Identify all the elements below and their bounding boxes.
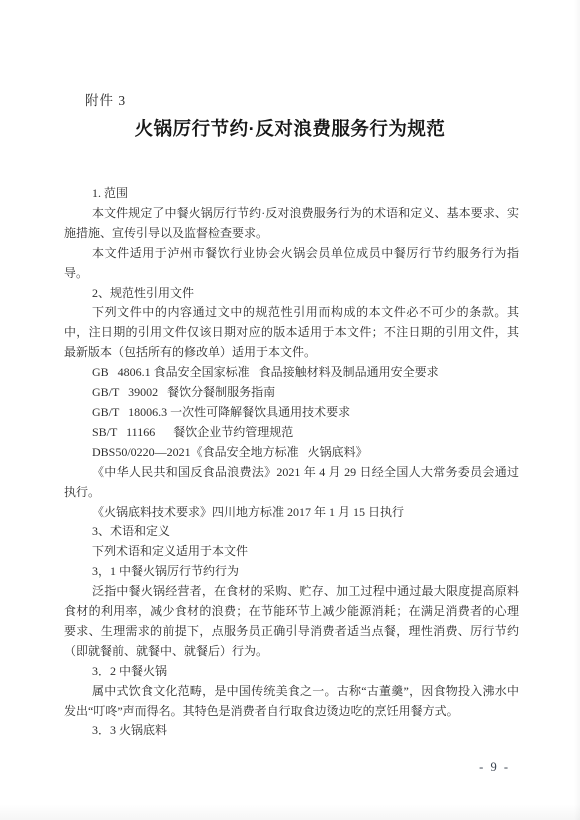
paragraph: GB/T 39002 餐饮分餐制服务指南	[64, 383, 519, 403]
paragraph: SB/T 11166 餐饮企业节约管理规范	[64, 423, 519, 443]
paragraph: 3．2 中餐火锅	[64, 662, 519, 682]
paragraph: 下列术语和定义适用于本文件	[64, 542, 519, 562]
paragraph: 属中式饮食文化范畴，是中国传统美食之一。古称“古董羹”，因食物投入沸水中发出“叮…	[64, 682, 519, 722]
paragraph: 《中华人民共和国反食品浪费法》2021 年 4 月 29 日经全国人大常务委员会…	[64, 463, 519, 503]
paragraph: 3．3 火锅底料	[64, 721, 519, 741]
paragraph: 3，1 中餐火锅厉行节约行为	[64, 562, 519, 582]
paragraph: 本文件规定了中餐火锅厉行节约·反对浪费服务行为的术语和定义、基本要求、实施措施、…	[64, 204, 519, 244]
paragraph: 3、术语和定义	[64, 522, 519, 542]
scan-shadow-bottom	[0, 804, 580, 820]
paragraph: 《火锅底料技术要求》四川地方标准 2017 年 1 月 15 日执行	[64, 503, 519, 523]
paragraph: 2、规范性引用文件	[64, 284, 519, 304]
page-title: 火锅厉行节约·反对浪费服务行为规范	[0, 115, 580, 141]
paragraph: 本文件适用于泸州市餐饮行业协会火锅会员单位成员中餐厉行节约服务行为指导。	[64, 244, 519, 284]
document-page: 附件 3 火锅厉行节约·反对浪费服务行为规范 1. 范围本文件规定了中餐火锅厉行…	[0, 0, 580, 820]
document-body: 1. 范围本文件规定了中餐火锅厉行节约·反对浪费服务行为的术语和定义、基本要求、…	[64, 184, 519, 741]
paragraph: 1. 范围	[64, 184, 519, 204]
page-number: - 9 -	[479, 760, 510, 775]
paragraph: DBS50/0220—2021《食品安全地方标准 火锅底料》	[64, 443, 519, 463]
paragraph: GB 4806.1 食品安全国家标准 食品接触材料及制品通用安全要求	[64, 363, 519, 383]
paragraph: GB/T 18006.3 一次性可降解餐饮具通用技术要求	[64, 403, 519, 423]
attachment-label: 附件 3	[85, 89, 126, 109]
paragraph: 泛指中餐火锅经营者，在食材的采购、贮存、加工过程中通过最大限度提高原料食材的利用…	[64, 582, 519, 662]
paragraph: 下列文件中的内容通过文中的规范性引用而构成的本文件必不可少的条款。其中，注日期的…	[64, 303, 519, 363]
